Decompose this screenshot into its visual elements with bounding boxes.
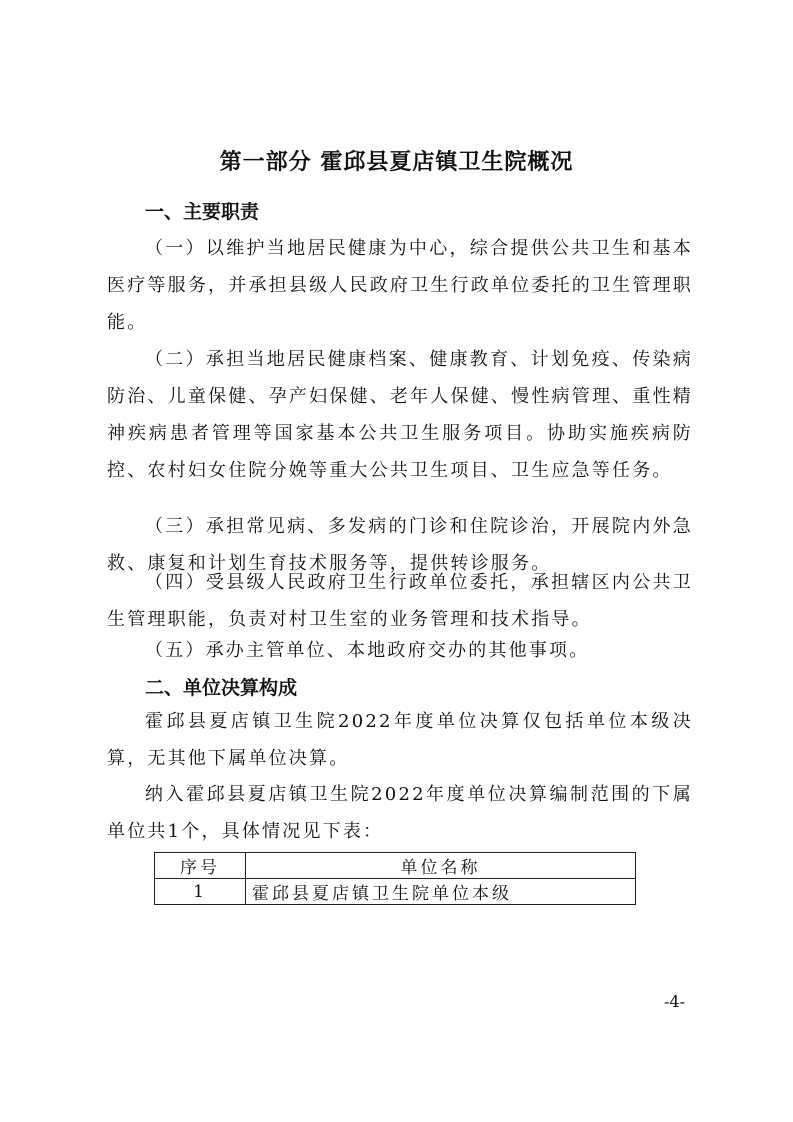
paragraph-duty-2: （二）承担当地居民健康档案、健康教育、计划免疫、传染病防治、儿童保健、孕产妇保健… [107,341,693,489]
paragraph-composition-1: 霍邱县夏店镇卫生院2022年度单位决算仅包括单位本级决算，无其他下属单位决算。 [107,703,693,777]
table-row: 1 霍邱县夏店镇卫生院单位本级 [155,879,636,905]
section-heading-composition: 二、单位决算构成 [145,673,297,700]
units-table: 序号 单位名称 1 霍邱县夏店镇卫生院单位本级 [154,852,636,905]
cell-serial: 1 [155,879,246,905]
page-number: -4- [664,992,685,1011]
paragraph-duty-5: （五）承办主管单位、本地政府交办的其他事项。 [107,632,693,669]
paragraph-duty-4: （四）受县级人民政府卫生行政单位委托，承担辖区内公共卫生管理职能，负责对村卫生室… [107,564,693,638]
paragraph-duty-1: （一）以维护当地居民健康为中心，综合提供公共卫生和基本医疗等服务，并承担县级人民… [107,230,693,341]
table-header-row: 序号 单位名称 [155,853,636,879]
section-heading-duties: 一、主要职责 [145,197,259,224]
cell-unit-name: 霍邱县夏店镇卫生院单位本级 [246,879,636,905]
header-serial: 序号 [155,853,246,879]
paragraph-composition-2: 纳入霍邱县夏店镇卫生院2022年度单位决算编制范围的下属单位共1个，具体情况见下… [107,776,693,850]
document-title: 第一部分 霍邱县夏店镇卫生院概况 [0,145,793,176]
header-unit-name: 单位名称 [246,853,636,879]
